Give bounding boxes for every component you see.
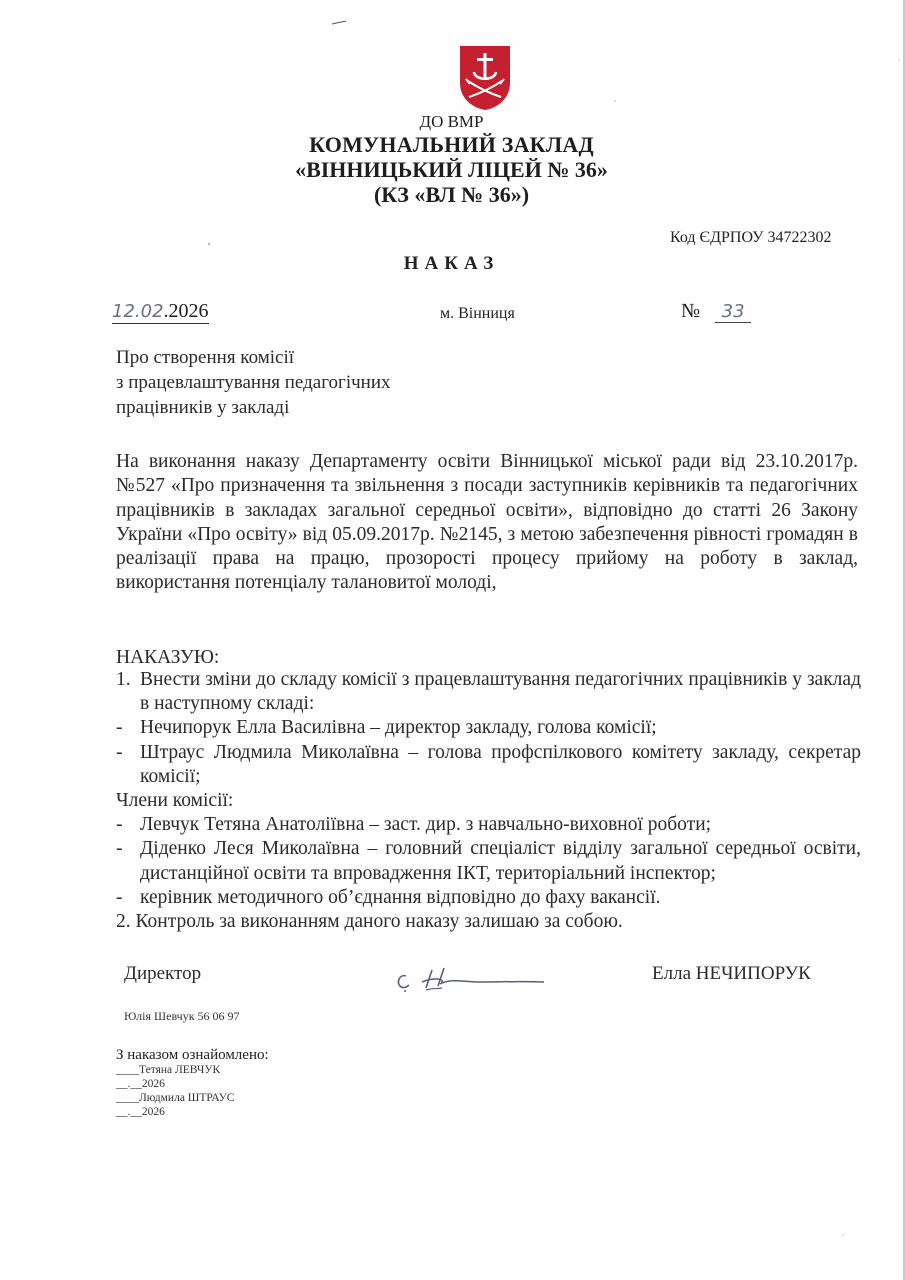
members-heading: Члени комісії: [116,789,861,813]
list-marker: - [116,716,140,740]
document-number: № 33 [681,300,751,323]
date-handwritten: 12.02 [112,301,164,322]
member-text: Штраус Людмила Миколаївна – голова профс… [140,741,861,789]
member-text: Левчук Тетяна Анатоліївна – заст. дир. з… [140,813,861,837]
date-year: 2026 [169,300,209,322]
city: м. Вінниця [440,305,515,323]
org-parent: ДО ВМР [0,112,903,132]
members-heading-text: Члени комісії: [116,789,861,813]
list-marker: - [116,837,140,861]
document-title: НАКАЗ [0,253,903,275]
coat-of-arms-icon [459,45,511,111]
edrpou-code: Код ЄДРПОУ 34722302 [670,229,831,247]
committee-member: - Діденко Леся Миколаївна – головний спе… [116,837,861,885]
order-text: Внести зміни до складу комісії з працевл… [140,668,861,716]
acknowledgement-line: __.__2026 [116,1077,234,1091]
subject-line: Про створення комісії [116,345,391,370]
committee-member: - Штраус Людмила Миколаївна – голова про… [116,741,861,789]
acknowledgement-list: ____Тетяна ЛЕВЧУК __.__2026 ____Людмила … [116,1063,234,1119]
committee-member: - Левчук Тетяна Анатоліївна – заст. дир.… [116,813,861,837]
document-date: 12.02.2026 [112,300,209,323]
subject-line: з працевлаштування педагогічних [116,370,391,395]
org-name-line3: (КЗ «ВЛ № 36») [0,182,903,208]
member-text: Нечипорук Елла Василівна – директор закл… [140,716,861,740]
acknowledgement-line: ____Тетяна ЛЕВЧУК [116,1063,234,1077]
order-text: 2. Контроль за виконанням даного наказу … [116,910,861,934]
signatory-position: Директор [124,963,201,985]
acknowledgement-line: __.__2026 [116,1105,234,1119]
order-list: 1. Внести зміни до складу комісії з прац… [116,668,861,934]
list-marker: - [116,741,140,765]
executor-contact: Юлія Шевчук 56 06 97 [124,1009,240,1024]
member-text: керівник методичного об’єднання відповід… [140,886,861,910]
committee-member: - керівник методичного об’єднання відпов… [116,886,861,910]
preamble-paragraph: На виконання наказу Департаменту освіти … [116,450,858,596]
document-subject: Про створення комісії з працевлаштування… [116,345,391,420]
orders-heading: НАКАЗУЮ: [116,647,219,669]
list-marker: - [116,886,140,910]
org-name-line2: «ВІННИЦЬКИЙ ЛІЦЕЙ № 36» [0,157,903,183]
order-item: 2. Контроль за виконанням даного наказу … [116,910,861,934]
number-label: № [681,300,700,322]
org-name-line1: КОМУНАЛЬНИЙ ЗАКЛАД [0,132,903,158]
list-marker: 1. [116,668,140,692]
subject-line: працівників у закладі [116,395,391,420]
acknowledgement-title: З наказом ознайомлено: [116,1047,269,1064]
member-text: Діденко Леся Миколаївна – головний спеці… [140,837,861,885]
handwritten-signature-icon [392,962,552,998]
list-marker: - [116,813,140,837]
document-page: ДО ВМР КОМУНАЛЬНИЙ ЗАКЛАД «ВІННИЦЬКИЙ ЛІ… [0,0,905,1280]
committee-member: - Нечипорук Елла Василівна – директор за… [116,716,861,740]
signatory-name: Елла НЕЧИПОРУК [652,963,811,985]
order-item: 1. Внести зміни до складу комісії з прац… [116,668,861,716]
acknowledgement-line: ____Людмила ШТРАУС [116,1091,234,1105]
number-value: 33 [715,301,751,323]
